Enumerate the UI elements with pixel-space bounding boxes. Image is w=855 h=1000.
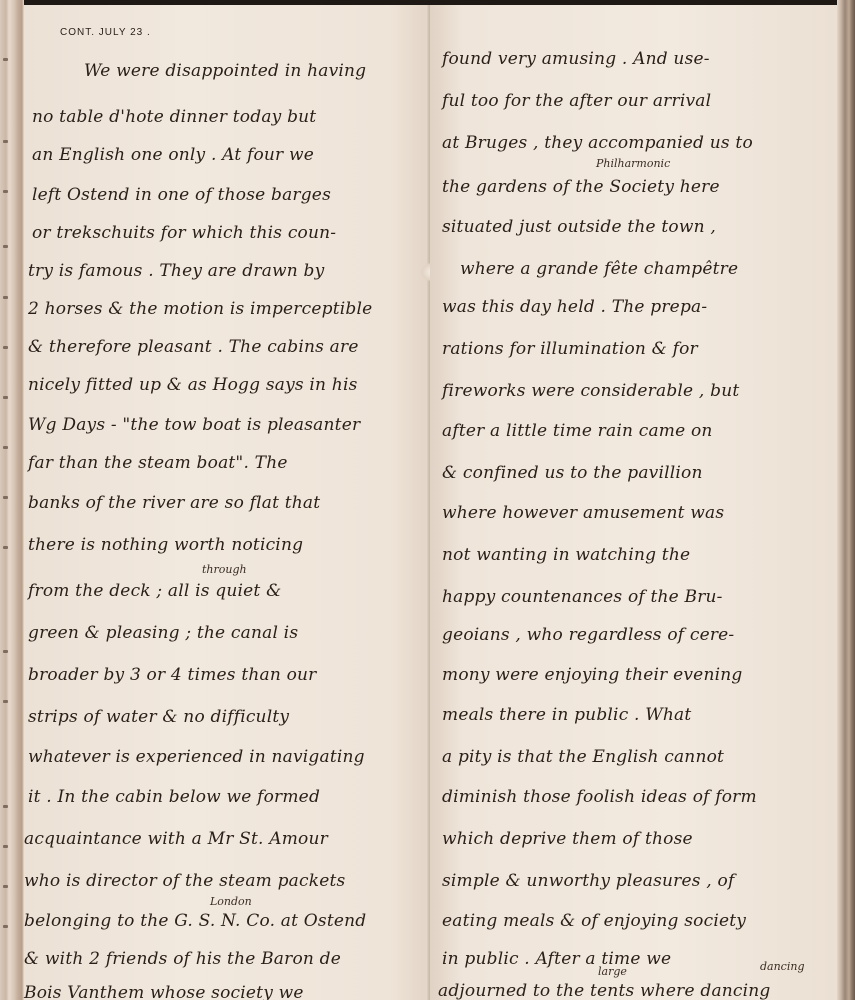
text-line: in public . After a time we (442, 949, 671, 969)
text-line: a pity is that the English cannot (442, 747, 724, 767)
text-line: who is director of the steam packets (24, 871, 345, 891)
text-line: nicely fitted up & as Hogg says in his (28, 375, 358, 395)
text-line: acquaintance with a Mr St. Amour (24, 829, 328, 849)
text-line: where a grande fête champêtre (460, 259, 738, 279)
text-line: it . In the cabin below we formed (28, 787, 320, 807)
text-line: green & pleasing ; the canal is (28, 623, 298, 643)
text-line: meals there in public . What (442, 705, 691, 725)
inserted-word: Philharmonic (596, 157, 670, 170)
text-line: Wg Days - "the tow boat is pleasanter (28, 415, 360, 435)
text-line: & therefore pleasant . The cabins are (28, 337, 359, 357)
text-line: or trekschuits for which this coun- (32, 223, 336, 243)
diary-spread: CONT. JULY 23 . We were disappointed in … (0, 0, 855, 1000)
text-line: after a little time rain came on (442, 421, 713, 441)
left-page-text: We were disappointed in having no table … (24, 5, 430, 1000)
left-page: CONT. JULY 23 . We were disappointed in … (24, 5, 430, 1000)
text-line: & with 2 friends of his the Baron de (24, 949, 341, 969)
text-line: whatever is experienced in navigating (28, 747, 365, 767)
text-line: diminish those foolish ideas of form (442, 787, 757, 807)
text-line: rations for illumination & for (442, 339, 698, 359)
right-page-text: found very amusing . And use- ful too fo… (430, 5, 837, 1000)
text-line: fireworks were considerable , but (442, 381, 739, 401)
text-line: no table d'hote dinner today but (32, 107, 316, 127)
text-line: not wanting in watching the (442, 545, 690, 565)
text-line: found very amusing . And use- (442, 49, 710, 69)
text-line: broader by 3 or 4 times than our (28, 665, 317, 685)
text-line: from the deck ; all is quiet & (28, 581, 281, 601)
text-line: was this day held . The prepa- (442, 297, 707, 317)
right-page: found very amusing . And use- ful too fo… (430, 5, 837, 1000)
text-line: left Ostend in one of those barges (32, 185, 331, 205)
text-line: an English one only . At four we (32, 145, 314, 165)
text-line: simple & unworthy pleasures , of (442, 871, 734, 891)
text-line: geoians , who regardless of cere- (442, 625, 734, 645)
text-line: & confined us to the pavillion (442, 463, 703, 483)
text-line: at Bruges , they accompanied us to (442, 133, 753, 153)
text-line: adjourned to the tents where dancing (438, 981, 771, 1000)
text-line: mony were enjoying their evening (442, 665, 742, 685)
text-line: We were disappointed in having (84, 61, 366, 81)
inserted-word: dancing (760, 960, 805, 973)
text-line: strips of water & no difficulty (28, 707, 289, 727)
text-line: there is nothing worth noticing (28, 535, 303, 555)
left-page-edges (0, 0, 24, 1000)
text-line: ful too for the after our arrival (442, 91, 711, 111)
inserted-word: through (202, 563, 247, 576)
text-line: try is famous . They are drawn by (28, 261, 324, 281)
text-line: Bois Vanthem whose society we (24, 983, 304, 1000)
text-line: 2 horses & the motion is imperceptible (28, 299, 372, 319)
text-line: belonging to the G. S. N. Co. at Ostend (24, 911, 366, 931)
text-line: where however amusement was (442, 503, 724, 523)
inserted-word: London (210, 895, 252, 908)
right-page-edges (837, 0, 855, 1000)
text-line: happy countenances of the Bru- (442, 587, 723, 607)
text-line: eating meals & of enjoying society (442, 911, 746, 931)
inserted-word: large (598, 965, 627, 978)
text-line: banks of the river are so flat that (28, 493, 320, 513)
text-line: which deprive them of those (442, 829, 693, 849)
text-line: the gardens of the Society here (442, 177, 720, 197)
text-line: far than the steam boat". The (28, 453, 288, 473)
text-line: situated just outside the town , (442, 217, 716, 237)
